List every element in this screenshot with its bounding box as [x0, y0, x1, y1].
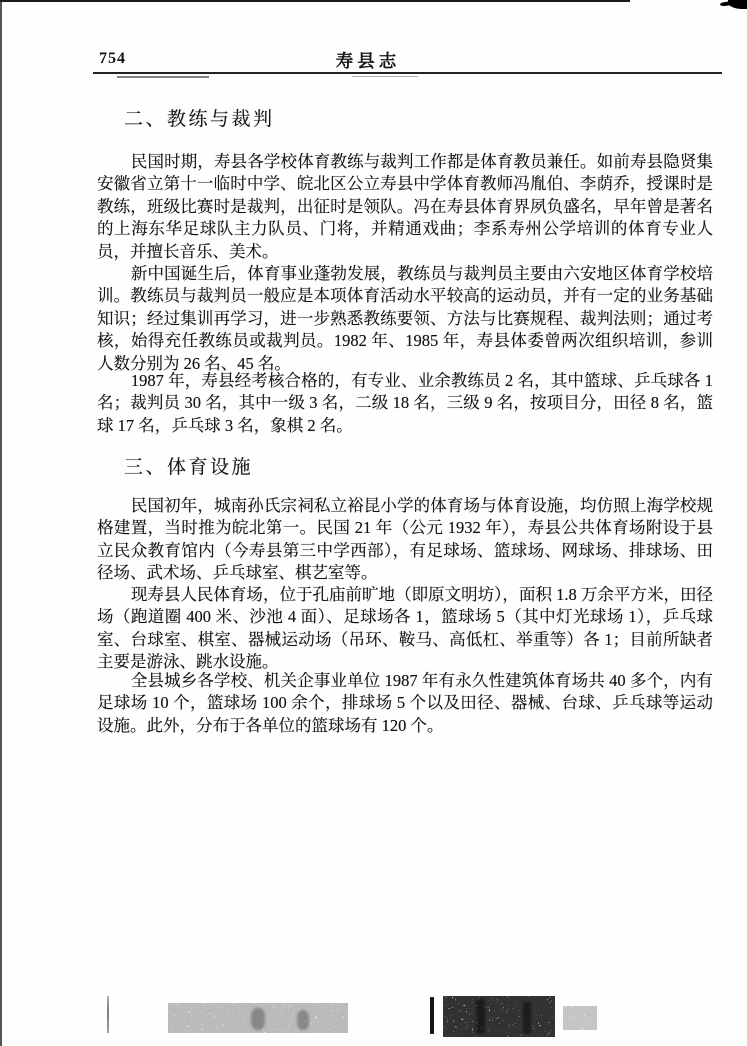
paragraph: 1987 年，寿县经考核合格的，有专业、业余教练员 2 名，其中篮球、乒乓球各 … [97, 370, 713, 437]
scan-artifact-rule-dash [352, 76, 418, 78]
scan-artifact-thin-line [107, 996, 109, 1033]
scan-artifact-top-edge-line [0, 0, 630, 2]
scan-artifact-corner-blob [728, 0, 747, 9]
book-title: 寿县志 [0, 48, 736, 73]
section-heading-sports-facilities: 三、体育设施 [97, 452, 740, 479]
scan-artifact-dark-streak [523, 1002, 531, 1034]
paragraph: 全县城乡各学校、机关企事业单位 1987 年有永久性建筑体育场共 40 多个，内… [97, 670, 713, 737]
scan-artifact-dark-streak [476, 999, 485, 1034]
header-rule [93, 72, 722, 74]
scan-artifact-smudge [297, 1010, 309, 1030]
section-heading-coaches-referees: 二、教练与裁判 [97, 104, 740, 131]
paragraph: 民国初年，城南孙氏宗祠私立裕昆小学的体育场与体育设施，均仿照上海学校规格建置，当… [97, 495, 713, 585]
scan-artifact-noise-cluster [443, 996, 555, 1037]
paragraph: 现寿县人民体育场，位于孔庙前旷地（即原文明坊），面积 1.8 万余平方米，田径场… [97, 584, 713, 674]
paragraph: 新中国诞生后，体育事业蓬勃发展，教练员与裁判员主要由六安地区体育学校培训。教练员… [97, 263, 713, 375]
scanned-page: 754 寿县志 二、教练与裁判 民国时期，寿县各学校体育教练与裁判工作都是体育教… [0, 0, 747, 1046]
scan-artifact-smudge [251, 1008, 265, 1030]
scan-artifact-left-edge-line [0, 0, 2, 1046]
scan-artifact-dark-bar [430, 997, 434, 1034]
paragraph: 民国时期，寿县各学校体育教练与裁判工作都是体育教员兼任。如前寿县隐贤集安徽省立第… [97, 151, 713, 263]
scan-artifact-rule-dash [117, 76, 209, 78]
scan-artifact-noise-specks [563, 1006, 597, 1030]
